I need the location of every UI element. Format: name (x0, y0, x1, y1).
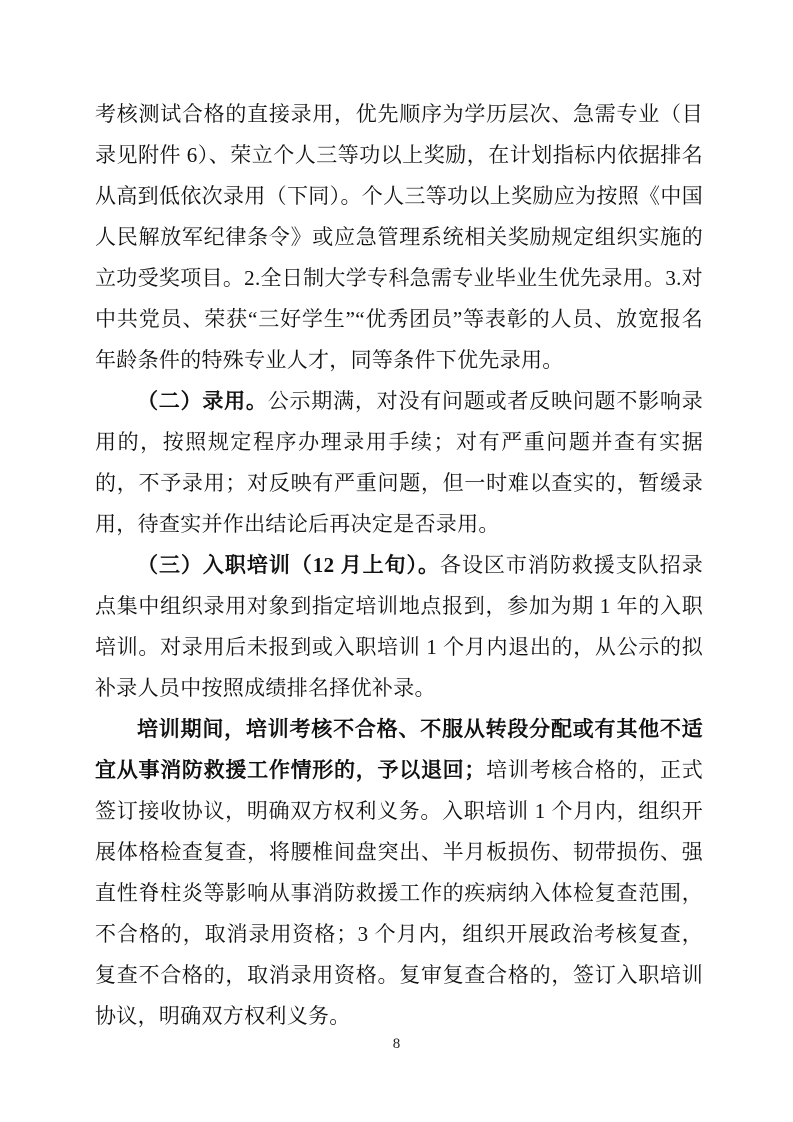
text-run: 培训考核合格的，正式签订接收协议，明确双方权利义务。入职培训 1 个月内，组织开… (95, 758, 703, 1028)
document-page: 考核测试合格的直接录用，优先顺序为学历层次、急需专业（目录见附件 6）、荣立个人… (0, 0, 793, 1122)
text-run: （三）入职培训（12 月上旬）。 (137, 553, 440, 577)
page-content: 考核测试合格的直接录用，优先顺序为学历层次、急需专业（目录见附件 6）、荣立个人… (95, 94, 703, 1037)
page-number: 8 (0, 1036, 793, 1053)
paragraph: 考核测试合格的直接录用，优先顺序为学历层次、急需专业（目录见附件 6）、荣立个人… (95, 94, 703, 381)
paragraph: （二）录用。公示期满，对没有问题或者反映问题不影响录用的，按照规定程序办理录用手… (95, 381, 703, 545)
text-run: 考核测试合格的直接录用，优先顺序为学历层次、急需专业（目录见附件 6）、荣立个人… (95, 102, 703, 372)
paragraph: （三）入职培训（12 月上旬）。各设区市消防救援支队招录点集中组织录用对象到指定… (95, 545, 703, 709)
text-run: （二）录用。 (137, 389, 268, 413)
paragraph: 培训期间，培训考核不合格、不服从转段分配或有其他不适宜从事消防救援工作情形的，予… (95, 709, 703, 1037)
